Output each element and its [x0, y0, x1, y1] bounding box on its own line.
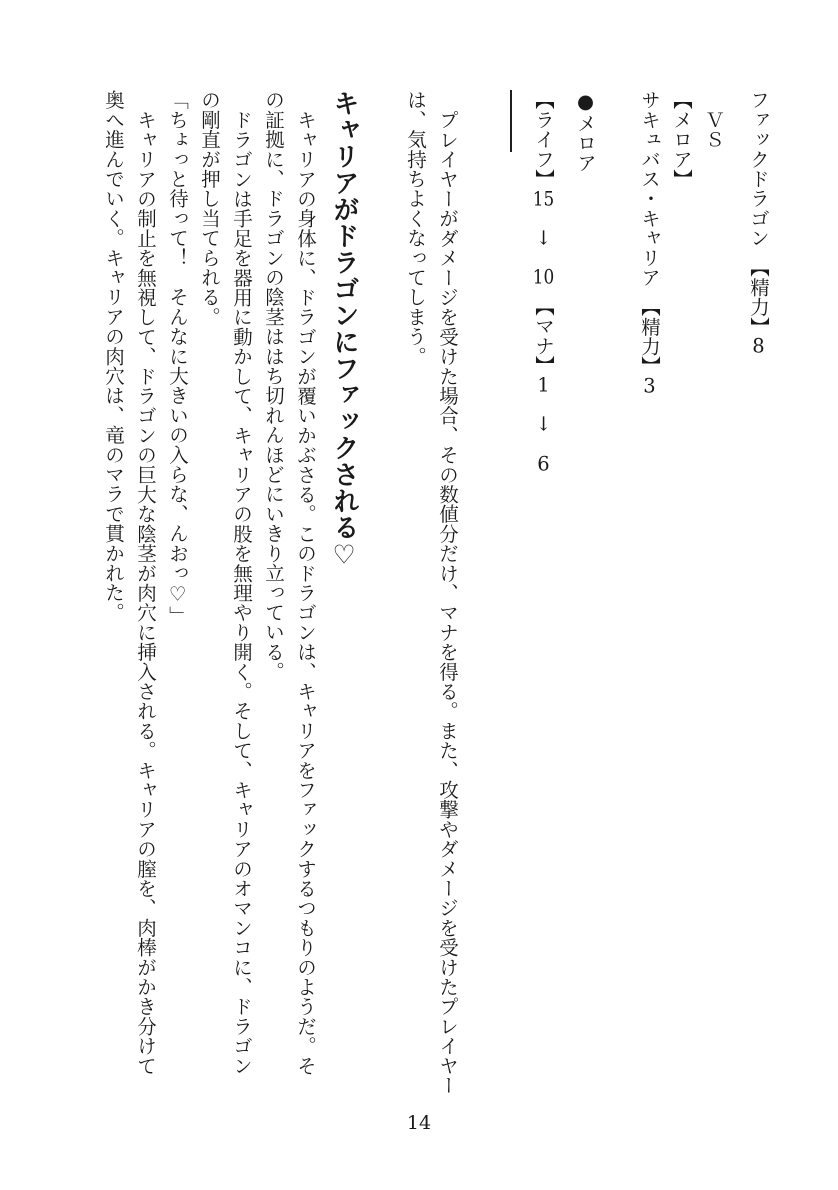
text-segment: プレイヤーがダメージを受けた場合、その数値分だけ、マナを得る。また、攻撃やダメー… — [436, 110, 459, 1095]
text-segment: ドラゴンは手足を器用に動かして、キャリアの股を無理やり開く。そして、キャリアのオ… — [230, 110, 253, 1075]
text-segment: 奥へ進んでいく。キャリアの肉穴は、竜のマラで貫かれた。 — [102, 90, 125, 622]
text-line: の剛直が押し当てられる。 — [193, 90, 225, 1094]
text-segment — [532, 208, 555, 228]
text-line: ドラゴンは手足を器用に動かして、キャリアの股を無理やり開く。そして、キャリアのオ… — [225, 90, 257, 1094]
text-segment: 【メロア】 — [670, 90, 693, 189]
text-line: は、気持ちよくなってしまう。 — [399, 90, 431, 1094]
text-line: 「ちょっと待って！ そんなに大きいの入らな、んおっ♡」 — [161, 90, 193, 1094]
text-segment: の剛直が押し当てられる。 — [198, 90, 221, 326]
text-line: サキュバス・キャリア 【精力】3 — [633, 90, 665, 1094]
text-segment: 1 — [532, 375, 555, 395]
vertical-text-content: ファックドラゴン 【精力】8ＶＳ【メロア】サキュバス・キャリア 【精力】3●メロ… — [97, 90, 774, 1094]
text-segment: 8 — [747, 336, 770, 356]
section-heading: キャリアがドラゴンにファックされる♡ — [321, 90, 367, 1094]
text-segment: 6 — [532, 454, 555, 474]
blank-line — [463, 90, 495, 1094]
text-segment: サキュバス・キャリア 【精力】 — [638, 90, 661, 376]
text-segment — [532, 395, 555, 415]
text-segment: ↓ — [532, 228, 555, 248]
separator-dash — [495, 90, 527, 1094]
text-segment: 【マナ】 — [532, 286, 555, 375]
text-segment — [532, 247, 555, 267]
document-page: ファックドラゴン 【精力】8ＶＳ【メロア】サキュバス・キャリア 【精力】3●メロ… — [0, 0, 838, 1190]
text-segment: キャリアの身体に、ドラゴンが覆いかぶさる。このドラゴンは、キャリアをファックする… — [294, 110, 317, 1075]
text-segment: 15 — [532, 189, 555, 209]
text-segment: は、気持ちよくなってしまう。 — [404, 90, 427, 366]
text-segment: ↓ — [532, 414, 555, 434]
text-segment: キャリアがドラゴンにファックされる♡ — [329, 90, 359, 571]
text-line: 【ライフ】15 ↓ 10 【マナ】1 ↓ 6 — [527, 90, 559, 1094]
blank-line — [601, 90, 633, 1094]
text-segment: 3 — [638, 376, 661, 396]
text-line: キャリアの制止を無視して、ドラゴンの巨大な陰茎が肉穴に挿入される。キャリアの膣を… — [129, 90, 161, 1094]
text-segment: 10 — [532, 267, 555, 287]
text-segment: の証拠に、ドラゴンの陰茎ははち切れんほどにいきり立っている。 — [262, 90, 285, 681]
text-segment: 「ちょっと待って！ そんなに大きいの入らな、んおっ♡」 — [166, 90, 189, 625]
text-segment: ＶＳ — [702, 110, 725, 149]
text-line: ファックドラゴン 【精力】8 — [742, 90, 774, 1094]
text-line: の証拠に、ドラゴンの陰茎ははち切れんほどにいきり立っている。 — [257, 90, 289, 1094]
text-line: キャリアの身体に、ドラゴンが覆いかぶさる。このドラゴンは、キャリアをファックする… — [289, 90, 321, 1094]
text-segment — [532, 434, 555, 454]
page-number: 14 — [0, 1112, 838, 1134]
text-line: プレイヤーがダメージを受けた場合、その数値分だけ、マナを得る。また、攻撃やダメー… — [431, 90, 463, 1094]
text-segment: キャリアの制止を無視して、ドラゴンの巨大な陰茎が肉穴に挿入される。キャリアの膣を… — [134, 110, 157, 1075]
text-segment: 【ライフ】 — [532, 90, 555, 189]
blank-line — [367, 90, 399, 1094]
text-line: ＶＳ — [697, 90, 729, 1094]
text-line: ●メロア — [569, 90, 601, 1094]
text-segment: ●メロア — [574, 90, 597, 172]
text-line: 奥へ進んでいく。キャリアの肉穴は、竜のマラで貫かれた。 — [97, 90, 129, 1094]
text-segment: ファックドラゴン 【精力】 — [747, 90, 770, 336]
text-line: 【メロア】 — [665, 90, 697, 1094]
